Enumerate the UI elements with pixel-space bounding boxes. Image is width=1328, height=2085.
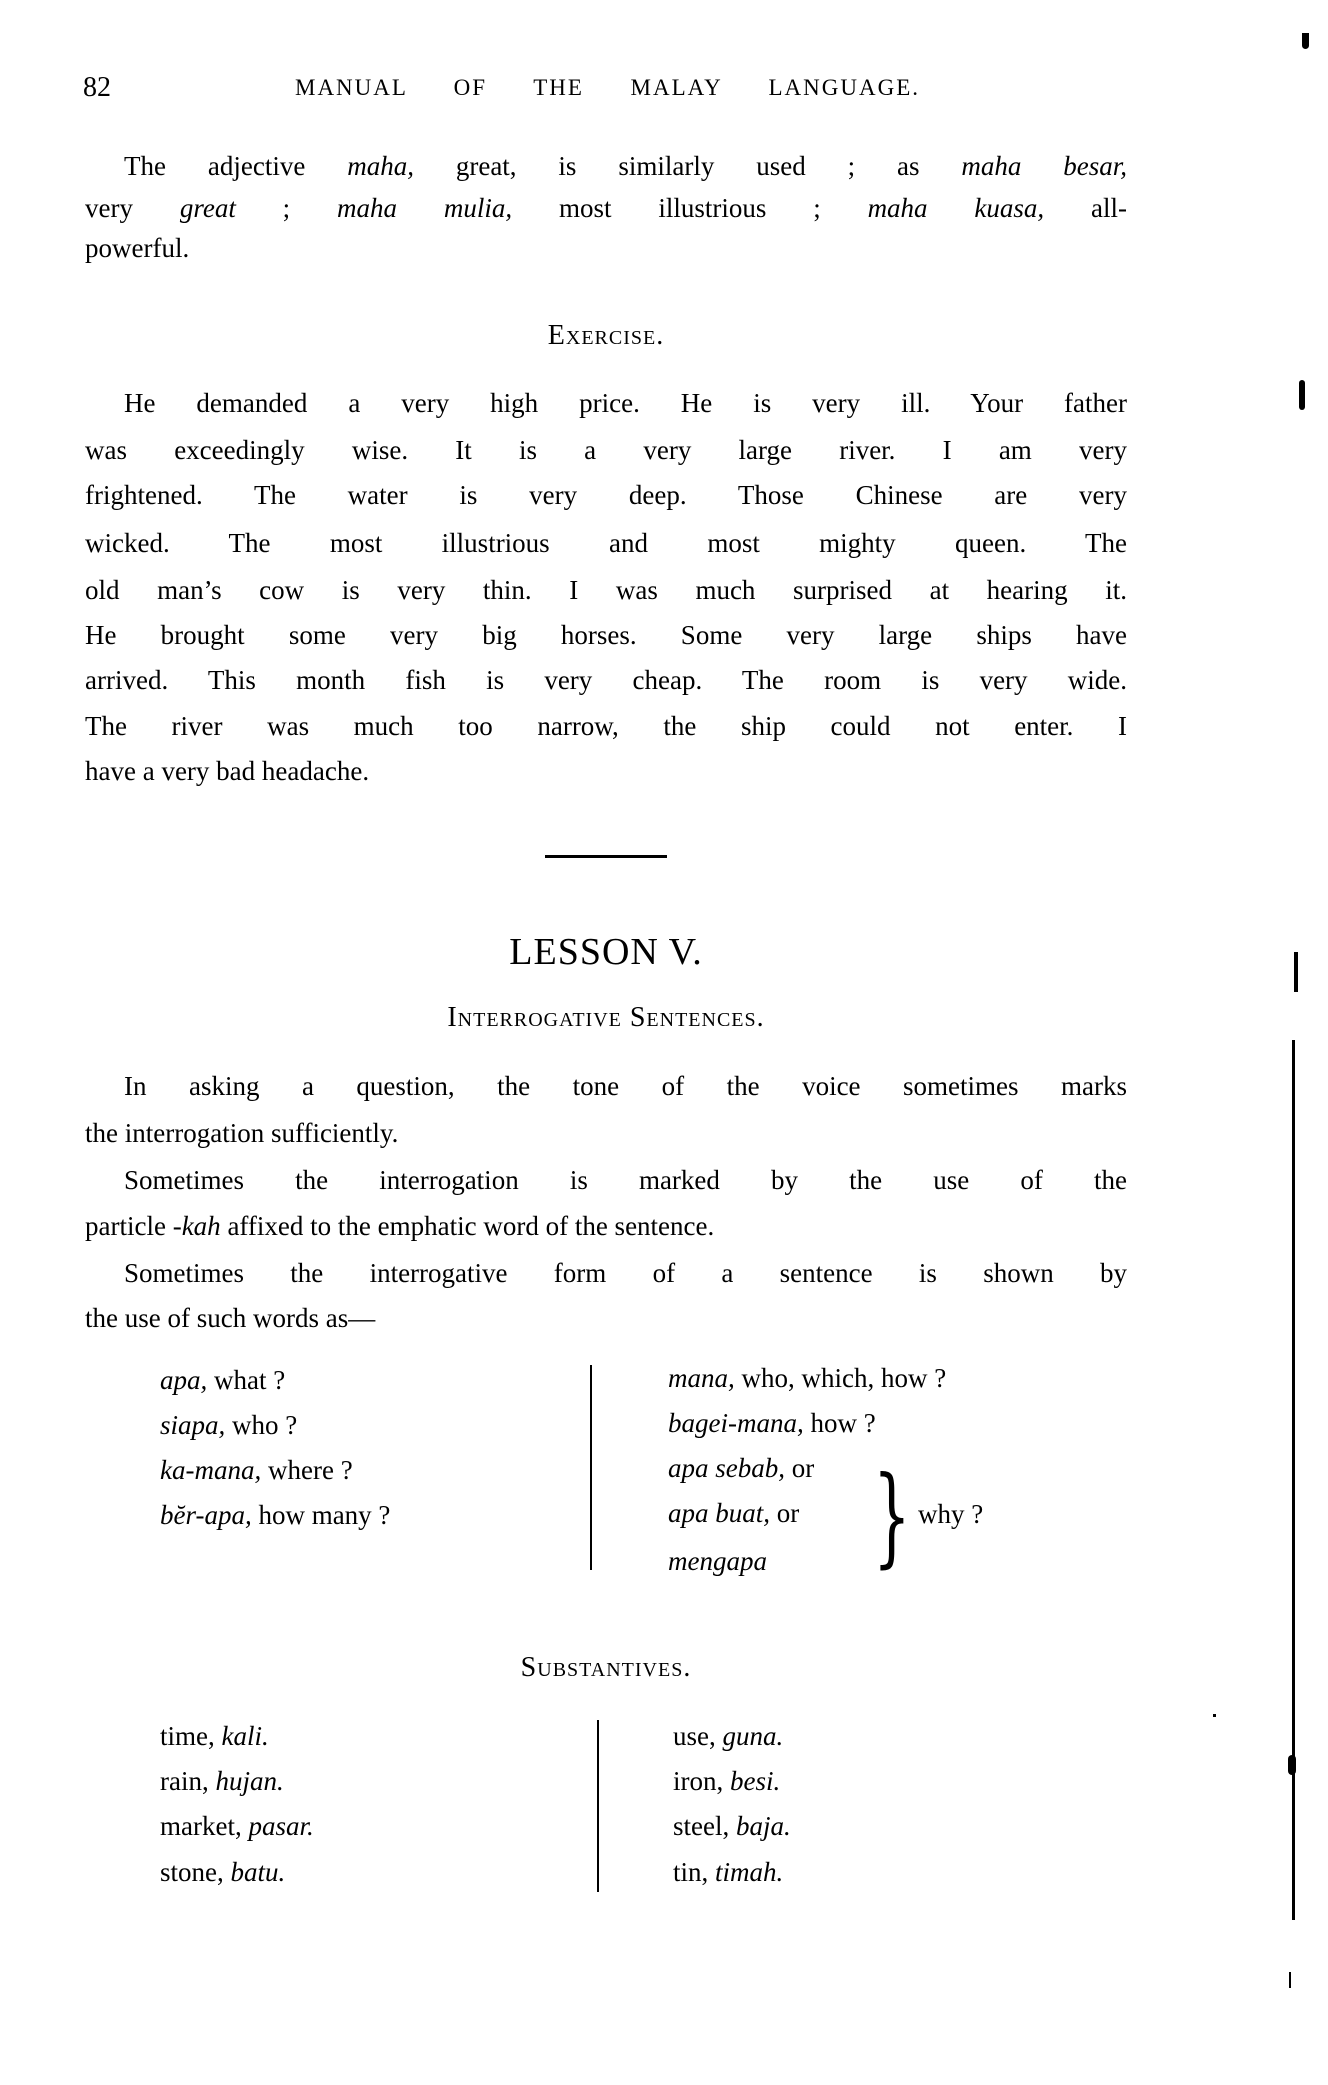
vocabulary-item: apa sebab, or [668,1445,814,1491]
malay-term: mana, [668,1363,735,1393]
substantives-heading: Substantives. [0,1650,1212,1686]
vocabulary-item: mengapa [668,1538,767,1584]
text-line: wicked. The most illustrious and most mi… [85,520,1127,566]
malay-term: maha, [347,151,414,181]
malay-term: kali. [215,1721,269,1751]
page-number: 82 [83,70,111,106]
text-span: most illustrious ; [512,193,867,223]
english-term: tin, [673,1857,708,1887]
text-span: He demanded a very high price. He is ver… [124,388,1127,418]
english-gloss: how many ? [252,1500,391,1530]
scan-mark [1294,952,1298,992]
vocabulary-item: bĕr-apa, how many ? [160,1492,390,1538]
malay-term: hujan. [209,1766,284,1796]
text-line: have a very bad headache. [85,748,1127,794]
exercise-heading: Exercise. [0,318,1212,354]
text-span: In asking a question, the tone of the vo… [124,1071,1127,1101]
vocabulary-item: steel, baja. [673,1803,791,1849]
text-line: The adjective maha, great, is similarly … [124,143,1127,189]
malay-term: -kah [173,1211,221,1241]
text-line: frightened. The water is very deep. Thos… [85,472,1127,518]
text-line: In asking a question, the tone of the vo… [124,1063,1127,1109]
vocabulary-item: use, guna. [673,1713,783,1759]
text-line: the interrogation sufficiently. [85,1110,1127,1156]
lesson-subtitle: Interrogative Sentences. [0,1000,1212,1036]
text-line: He demanded a very high price. He is ver… [124,380,1127,426]
text-span: ; [236,193,337,223]
english-term: use, [673,1721,716,1751]
malay-term: batu. [224,1857,286,1887]
malay-term: guna. [716,1721,784,1751]
vocabulary-item: mana, who, which, how ? [668,1355,946,1401]
vocabulary-item: siapa, who ? [160,1402,297,1448]
text-line: powerful. [85,225,1127,271]
english-gloss: who ? [225,1410,297,1440]
text-span: the interrogation sufficiently. [85,1118,398,1148]
vocabulary-item: apa buat, or [668,1490,799,1536]
malay-term: apa buat, [668,1498,770,1528]
text-span: old man’s cow is very thin. I was much s… [85,575,1127,605]
text-span: the use of such words as— [85,1303,375,1333]
english-gloss: or [785,1453,814,1483]
malay-term: maha mulia, [337,193,512,223]
vocabulary-item: time, kali. [160,1713,269,1759]
english-gloss: what ? [207,1365,285,1395]
text-line: The river was much too narrow, the ship … [85,703,1127,749]
english-gloss: or [770,1498,799,1528]
text-span: Sometimes the interrogative form of a se… [124,1258,1127,1288]
vocabulary-item: tin, timah. [673,1849,783,1895]
english-term: iron, [673,1766,723,1796]
scan-mark [1299,380,1305,410]
malay-term: besi. [723,1766,780,1796]
english-term: steel, [673,1811,729,1841]
malay-term: maha besar, [961,151,1127,181]
english-term: time, [160,1721,215,1751]
malay-term: siapa, [160,1410,225,1440]
text-line: Sometimes the interrogation is marked by… [124,1157,1127,1203]
text-line: He brought some very big horses. Some ve… [85,612,1127,658]
vocabulary-item: iron, besi. [673,1758,780,1804]
malay-term: pasar. [242,1811,314,1841]
malay-term: mengapa [668,1546,767,1576]
text-span: The adjective [124,151,347,181]
text-line: the use of such words as— [85,1295,1127,1341]
vocabulary-item: ka-mana, where ? [160,1447,353,1493]
malay-term: great [180,193,236,223]
lesson-title: LESSON V. [0,930,1212,974]
text-span: The river was much too narrow, the ship … [85,711,1127,741]
text-span: all- [1044,193,1127,223]
malay-term: maha kuasa, [868,193,1045,223]
english-gloss: who, which, how ? [735,1363,946,1393]
english-term: stone, [160,1857,224,1887]
running-title: MANUAL OF THE MALAY LANGUAGE. [295,70,920,106]
malay-term: ka-mana, [160,1455,261,1485]
scan-mark [1288,1755,1296,1775]
brace-icon: } [873,1462,911,1572]
malay-term: apa, [160,1365,207,1395]
vocabulary-item: market, pasar. [160,1803,314,1849]
text-span: great, is similarly used ; as [414,151,961,181]
text-span: very [85,193,180,223]
column-divider [590,1365,592,1570]
text-span: have a very bad headache. [85,756,369,786]
text-span: He brought some very big horses. Some ve… [85,620,1127,650]
text-span: affixed to the emphatic word of the sent… [221,1211,715,1241]
text-line: was exceedingly wise. It is a very large… [85,427,1127,473]
text-line: old man’s cow is very thin. I was much s… [85,567,1127,613]
text-line: particle -kah affixed to the emphatic wo… [85,1203,1127,1249]
text-span: was exceedingly wise. It is a very large… [85,435,1127,465]
text-line: Sometimes the interrogative form of a se… [124,1250,1127,1296]
scan-mark [1289,1972,1291,1988]
section-divider-rule [545,855,667,858]
english-gloss: how ? [804,1408,876,1438]
malay-term: baja. [729,1811,791,1841]
text-span: wicked. The most illustrious and most mi… [85,528,1127,558]
scan-mark [1302,33,1309,49]
vocabulary-item: bagei-mana, how ? [668,1400,876,1446]
text-span: frightened. The water is very deep. Thos… [85,480,1127,510]
malay-term: apa sebab, [668,1453,785,1483]
column-divider [597,1720,599,1892]
text-span: powerful. [85,233,189,263]
text-span: Sometimes the interrogation is marked by… [124,1165,1127,1195]
malay-term: timah. [708,1857,783,1887]
malay-term: bĕr-apa, [160,1500,252,1530]
brace-meaning: why ? [918,1491,983,1537]
vocabulary-item: rain, hujan. [160,1758,284,1804]
text-span: arrived. This month fish is very cheap. … [85,665,1127,695]
text-line: arrived. This month fish is very cheap. … [85,657,1127,703]
vocabulary-item: stone, batu. [160,1849,285,1895]
text-span: particle [85,1211,173,1241]
english-gloss: where ? [261,1455,352,1485]
scan-mark [1213,1714,1216,1717]
malay-term: bagei-mana, [668,1408,804,1438]
english-term: market, [160,1811,242,1841]
english-term: rain, [160,1766,209,1796]
scan-edge-line [1292,1040,1295,1920]
vocabulary-item: apa, what ? [160,1357,285,1403]
